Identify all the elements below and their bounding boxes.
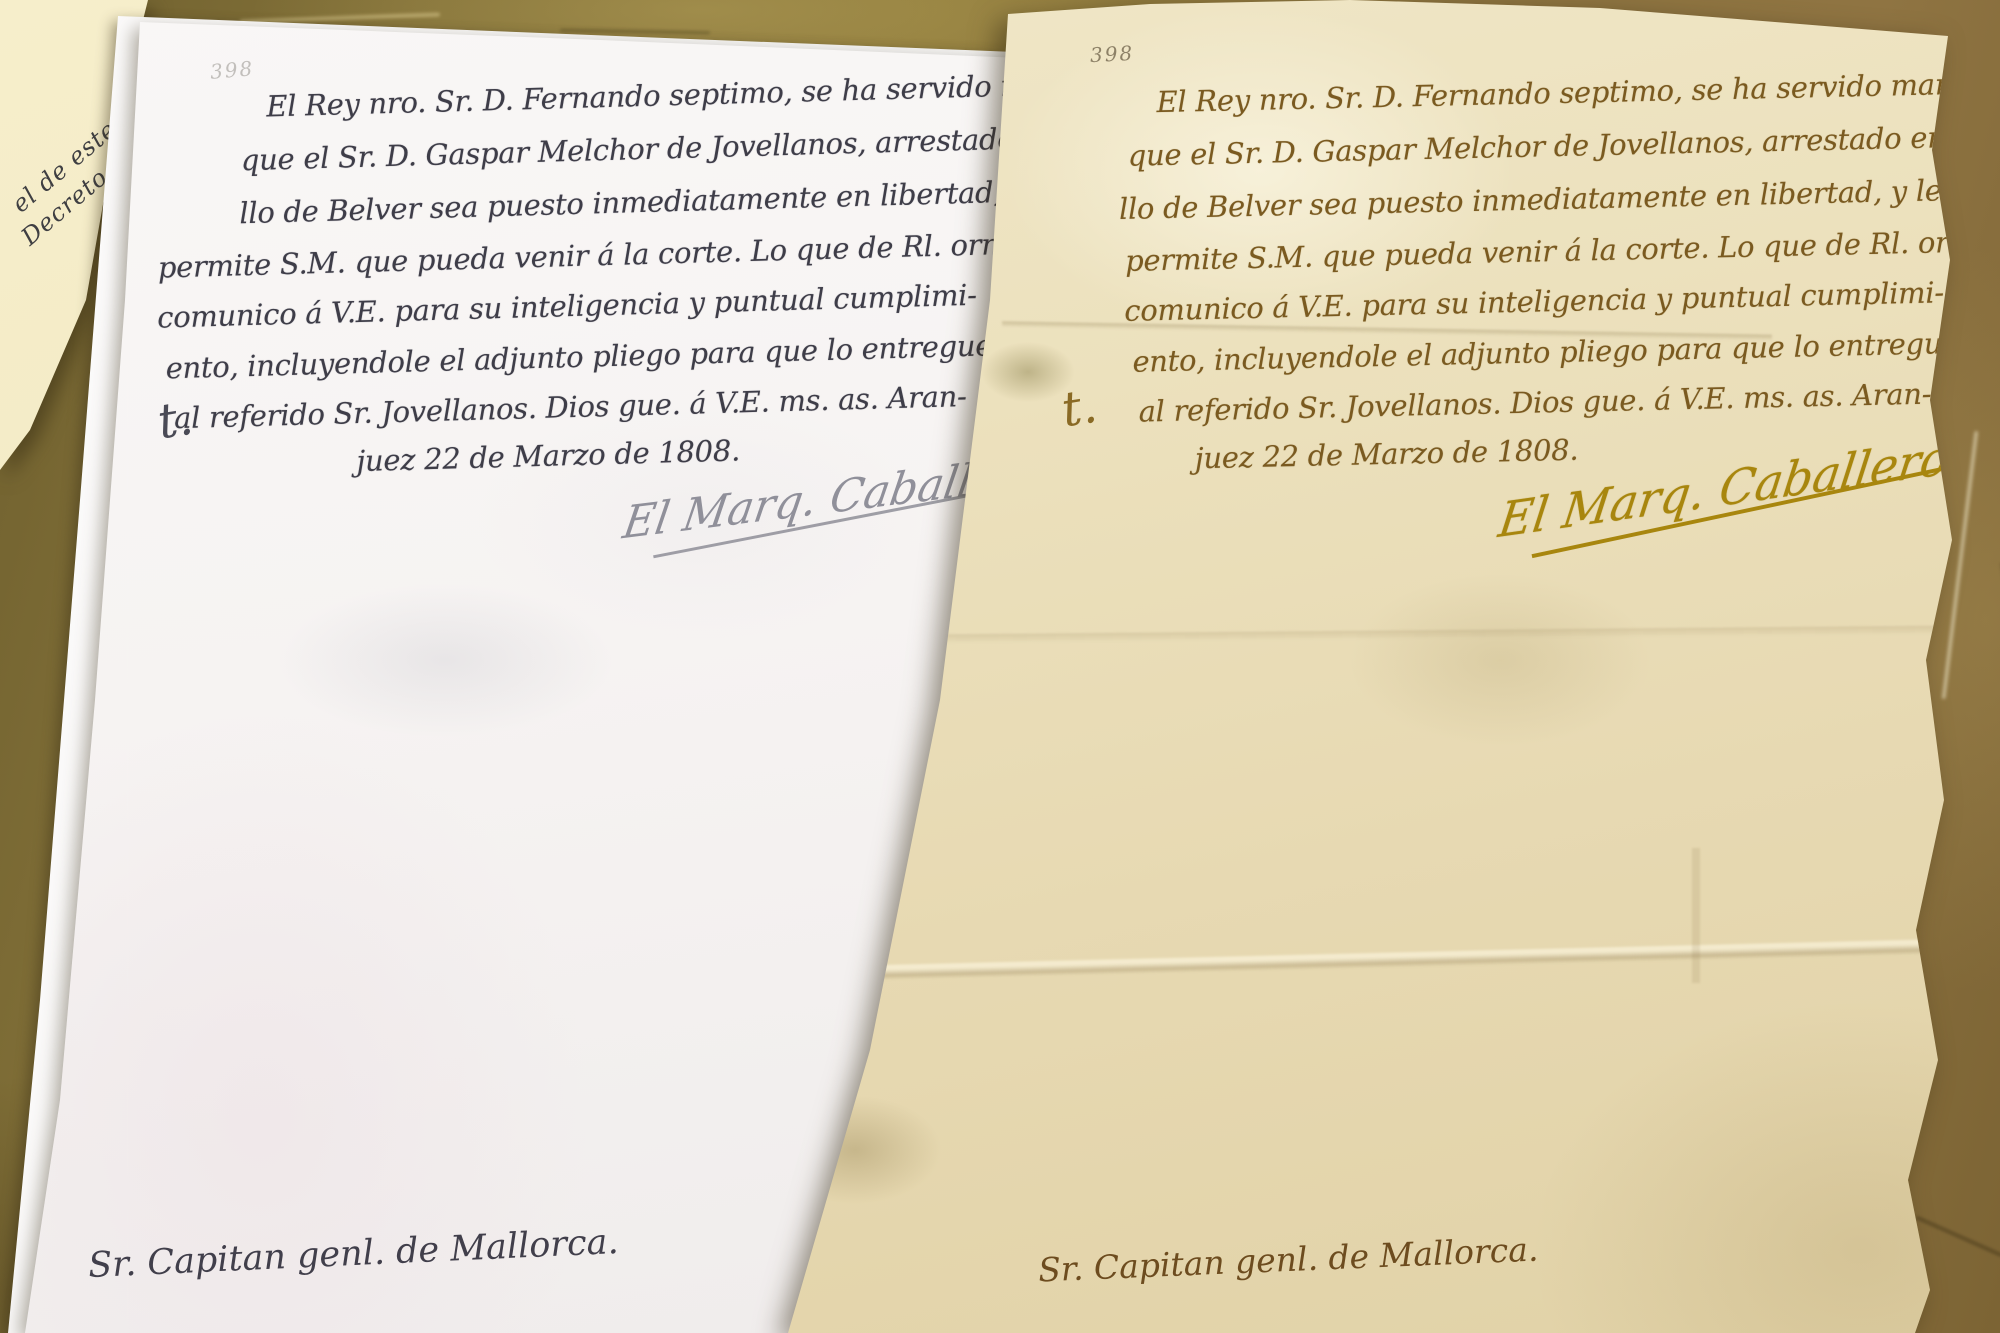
fold-crease bbox=[1692, 848, 1700, 983]
photograph: el de este Decreto 398 El Rey nro. Sr. D… bbox=[0, 0, 2000, 1333]
letter-line: llo de Belver sea puesto inmediatamente … bbox=[1119, 173, 1942, 226]
addressee-line: Sr. Capitan genl. de Mallorca. bbox=[1037, 1230, 1539, 1290]
fold-crease bbox=[875, 939, 1950, 980]
letter-line: juez 22 de Marzo de 1808. bbox=[1194, 433, 1578, 476]
letter-line: permite S.M. que pueda venir á la corte.… bbox=[1125, 225, 1976, 278]
original-wrap: 398 El Rey nro. Sr. D. Fernando septimo,… bbox=[0, 0, 2000, 1333]
original-document-page: 398 El Rey nro. Sr. D. Fernando septimo,… bbox=[0, 0, 2000, 1333]
letter-line: ento, incluyendole el adjunto pliego par… bbox=[1132, 326, 1959, 379]
letter-line: El Rey nro. Sr. D. Fernando septimo, se … bbox=[1156, 66, 2000, 119]
letter-line: comunico á V.E. para su inteligencia y p… bbox=[1124, 275, 1944, 328]
letter-line: que el Sr. D. Gaspar Melchor de Jovellan… bbox=[1127, 117, 2000, 172]
fold-crease bbox=[935, 626, 1950, 644]
letter-line: al referido Sr. Jovellanos. Dios gue. á … bbox=[1138, 377, 1931, 429]
